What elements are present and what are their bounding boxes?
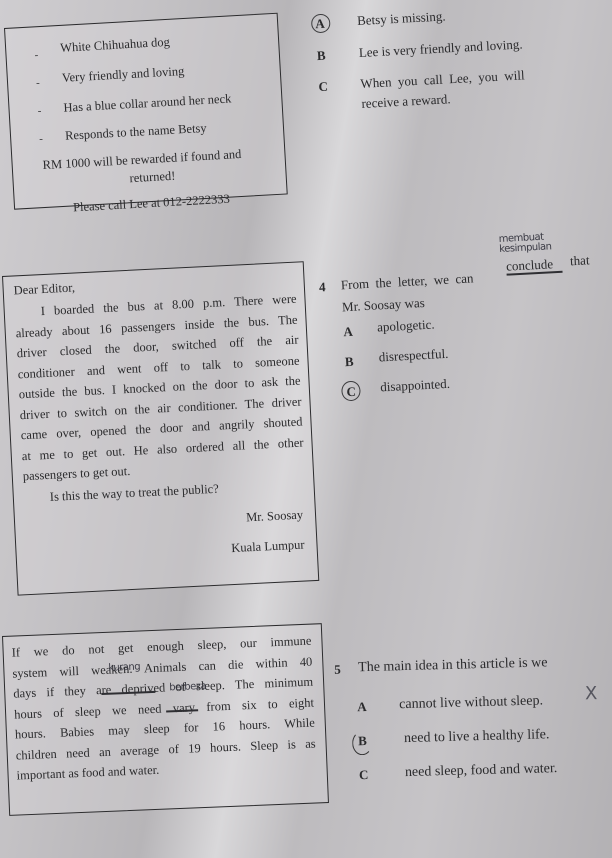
option-a-text: apologetic. [377, 318, 435, 334]
question-stem: The main idea in this article is we [358, 656, 548, 675]
question-number: 4 [319, 279, 326, 295]
letter-to-editor: Dear Editor, I boarded the bus at 8.00 p… [2, 261, 319, 595]
handwritten-note-kesimpulan: kesimpulan [499, 241, 552, 255]
letter-question: Is this the way to treat the public? [50, 483, 219, 504]
poster-reward-line-2: returned! [129, 170, 175, 185]
poster-contact: Please call Lee at 012-2222333 [73, 193, 230, 214]
option-letter-c: C [318, 79, 328, 95]
poster-reward-line-1: RM 1000 will be rewarded if found and [42, 148, 241, 172]
letter-signature: Mr. Soosay [246, 509, 303, 524]
cross-mark-icon: X [585, 683, 597, 704]
bullet-marker: - [36, 77, 40, 89]
option-b-text: disrespectful. [378, 347, 448, 364]
underlined-word-conclude: conclude [506, 257, 554, 272]
option-letter-c: C [359, 767, 369, 783]
option-c-text: disappointed. [380, 377, 450, 394]
article-body: If we do not get enough sleep, our immun… [11, 631, 317, 786]
poster-bullet-2: Very friendly and loving [62, 65, 185, 84]
option-c-text: need sleep, food and water. [405, 762, 558, 780]
option-a-text: Betsy is missing. [357, 9, 446, 27]
option-letter-b: B [317, 48, 326, 64]
exam-page: - White Chihuahua dog - Very friendly an… [0, 0, 612, 858]
question-5: 5 The main idea in this article is we A … [330, 653, 612, 800]
poster-bullet-3: Has a blue collar around her neck [63, 92, 231, 114]
handwritten-note-kurang: kurang [108, 661, 140, 673]
option-c-text-line-2: receive a reward. [361, 92, 451, 110]
poster-bullet-1: White Chihuahua dog [60, 36, 170, 55]
option-a-text: cannot live without sleep. [399, 694, 543, 712]
option-c-text-line-1: When you call Lee, you will [360, 68, 525, 90]
option-b-text: Lee is very friendly and loving. [358, 37, 522, 59]
missing-dog-poster: - White Chihuahua dog - Very friendly an… [4, 13, 288, 210]
option-letter-c: C [346, 384, 356, 400]
question-stem-line-2: Mr. Soosay was [342, 296, 425, 313]
option-b-text: need to live a healthy life. [404, 728, 550, 746]
poster-bullet-4: Responds to the name Betsy [65, 122, 207, 142]
question-4: membuat kesimpulan 4 From the letter, we… [308, 214, 612, 400]
question-stem-line-1-end: that [570, 253, 590, 267]
bullet-marker: - [37, 105, 41, 117]
option-letter-a: A [315, 16, 325, 32]
sleep-article: If we do not get enough sleep, our immun… [2, 623, 329, 816]
letter-salutation: Dear Editor, [13, 281, 75, 296]
question-number: 5 [334, 662, 341, 678]
option-letter-b: B [358, 733, 367, 749]
letter-location: Kuala Lumpur [231, 539, 305, 555]
question-3-options: A Betsy is missing. B Lee is very friend… [300, 0, 612, 110]
option-letter-b: B [345, 354, 354, 370]
option-letter-a: A [343, 324, 353, 340]
letter-body: I boarded the bus at 8.00 p.m. There wer… [14, 289, 305, 487]
question-stem-line-1: From the letter, we can [341, 271, 474, 291]
option-letter-a: A [357, 699, 367, 715]
handwritten-note-berbeza: berbeza [169, 681, 206, 693]
bullet-marker: - [34, 49, 38, 61]
bullet-marker: - [39, 133, 43, 145]
